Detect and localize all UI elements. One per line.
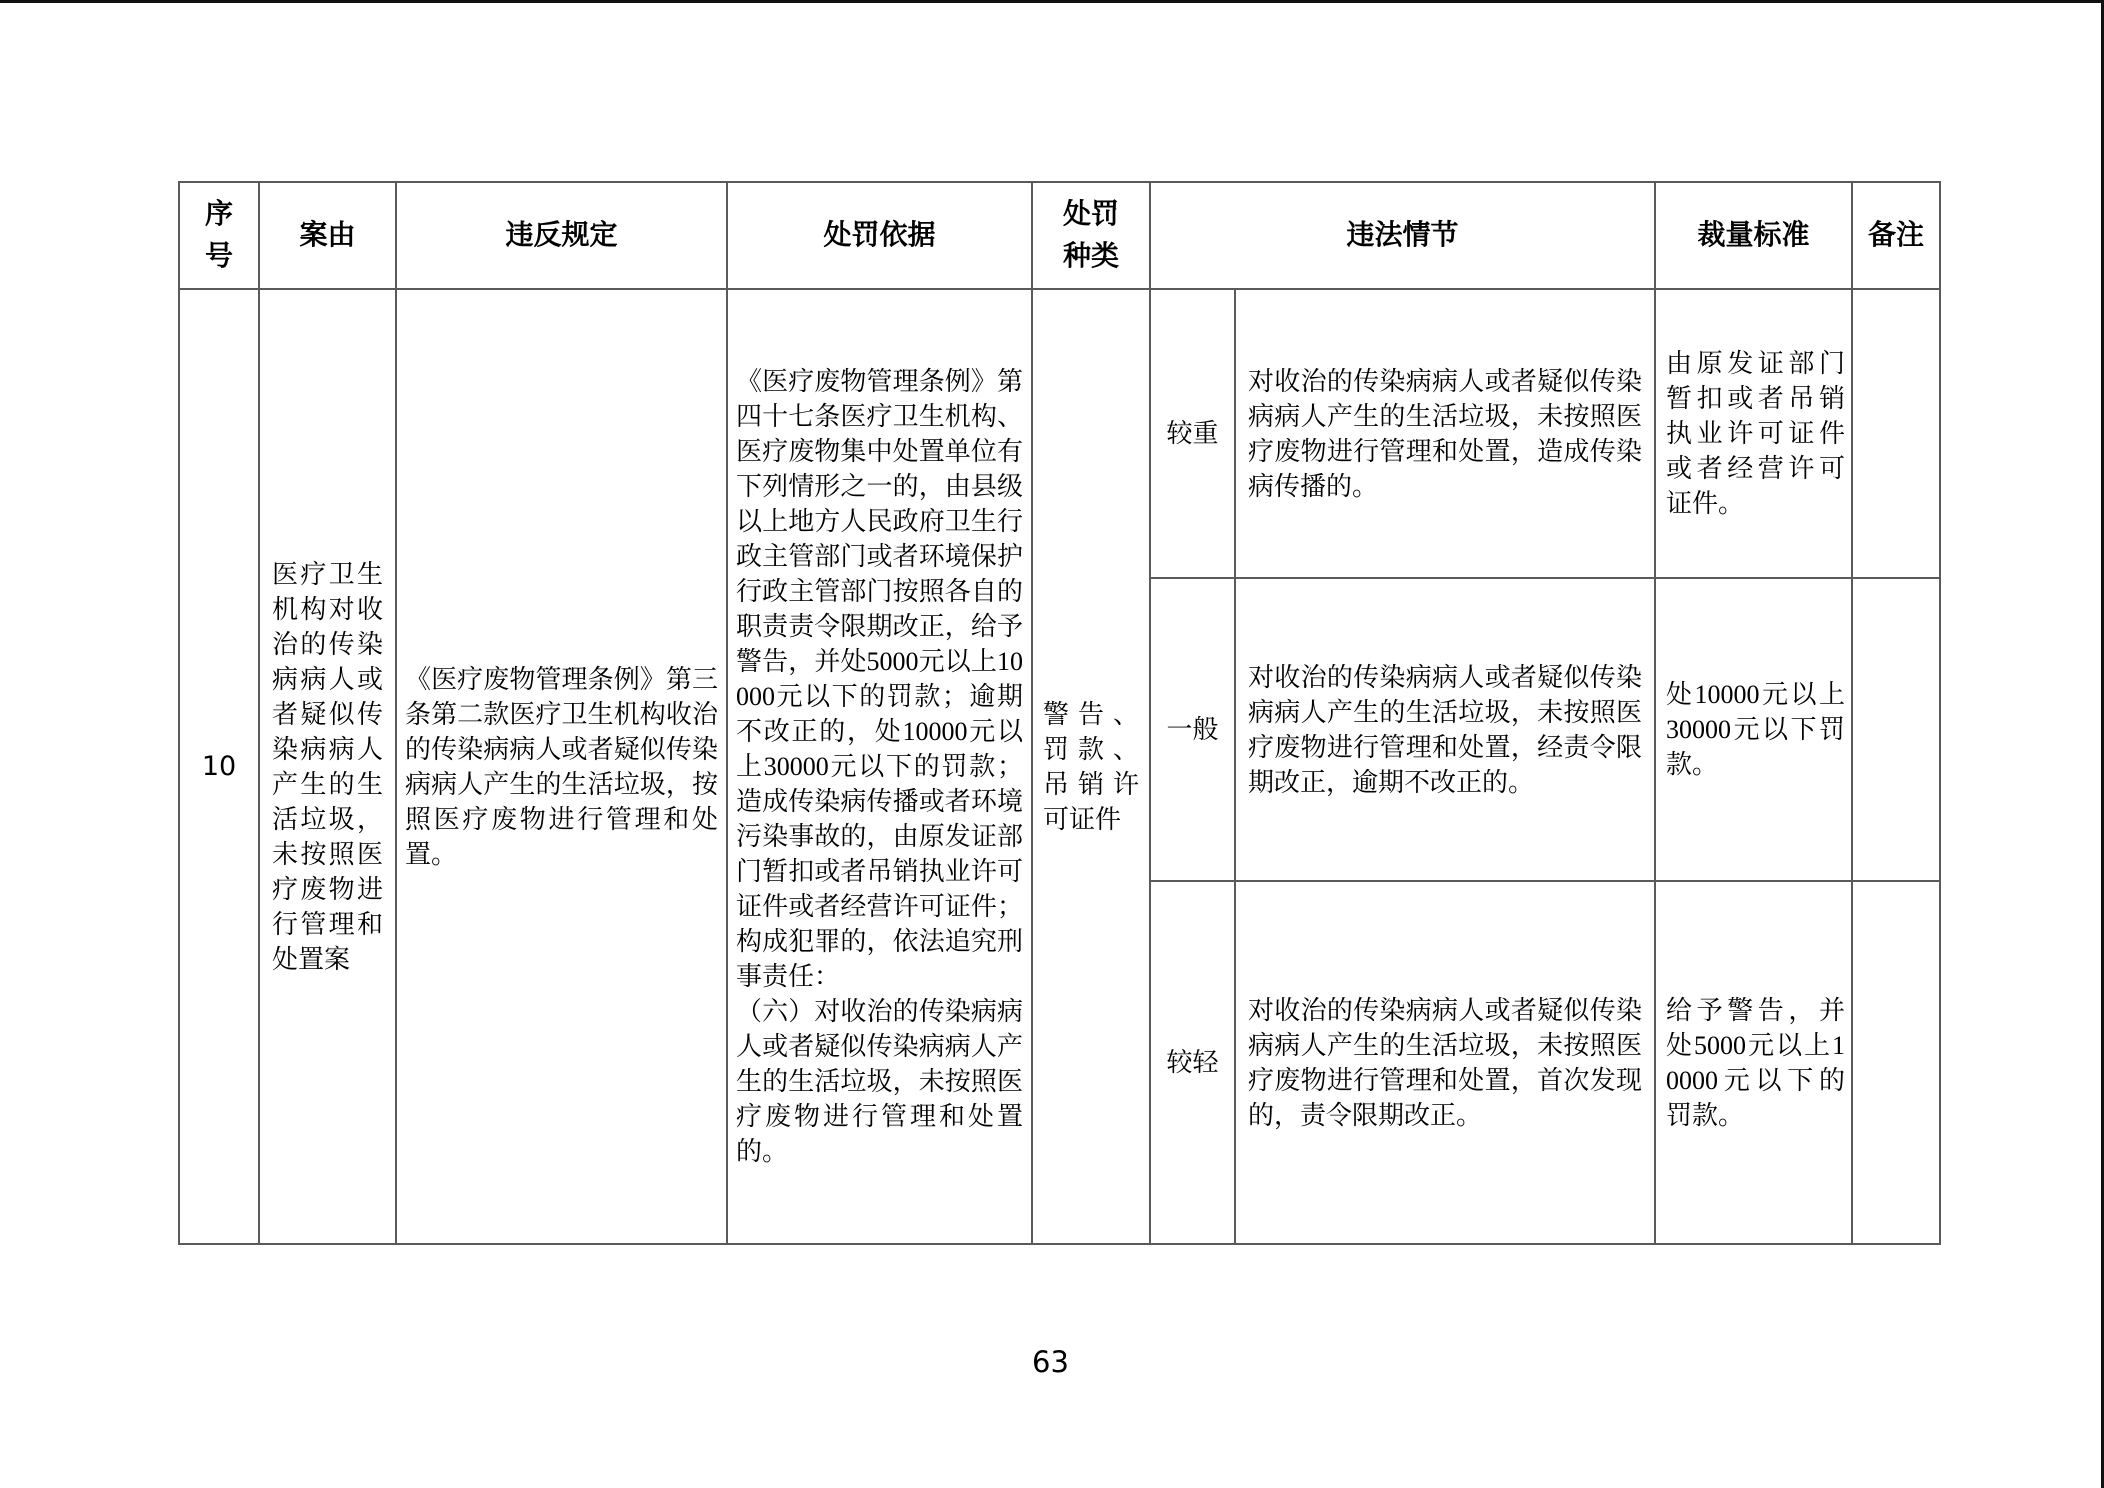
- remark-cell: [1852, 289, 1940, 578]
- penalty-basis-cell: 《医疗废物管理条例》第四十七条医疗卫生机构、医疗废物集中处置单位有下列情形之一的…: [727, 289, 1032, 1244]
- remark-cell: [1852, 578, 1940, 881]
- col-header-standard: 裁量标准: [1655, 182, 1852, 289]
- col-header-remark: 备注: [1852, 182, 1940, 289]
- penalty-basis-paragraph-1: 《医疗废物管理条例》第四十七条医疗卫生机构、医疗废物集中处置单位有下列情形之一的…: [736, 364, 1023, 994]
- severity-cell: 一般: [1150, 578, 1235, 881]
- case-title-cell: 医疗卫生机构对收治的传染病病人或者疑似传染病病人产生的生活垃圾，未按照医疗废物进…: [259, 289, 396, 1244]
- col-header-basis: 处罚依据: [727, 182, 1032, 289]
- circumstance-cell: 对收治的传染病病人或者疑似传染病病人产生的生活垃圾，未按照医疗废物进行管理和处置…: [1235, 881, 1655, 1244]
- standard-cell: 由原发证部门暂扣或者吊销执业许可证件或者经营许可证件。: [1655, 289, 1852, 578]
- page-number: 63: [0, 1345, 2101, 1379]
- circumstance-cell: 对收治的传染病病人或者疑似传染病病人产生的生活垃圾，未按照医疗废物进行管理和处置…: [1235, 289, 1655, 578]
- col-header-case: 案由: [259, 182, 396, 289]
- remark-cell: [1852, 881, 1940, 1244]
- standard-cell: 处10000元以上30000元以下罚款。: [1655, 578, 1852, 881]
- penalty-basis-paragraph-2: （六）对收治的传染病病人或者疑似传染病病人产生的生活垃圾，未按照医疗废物进行管理…: [736, 994, 1023, 1169]
- document-page: 序号 案由 违反规定 处罚依据 处罚种类 违法情节 裁量标准 备注 10 医疗卫…: [0, 0, 2104, 1488]
- circumstance-cell: 对收治的传染病病人或者疑似传染病病人产生的生活垃圾，未按照医疗废物进行管理和处置…: [1235, 578, 1655, 881]
- violated-provision-cell: 《医疗废物管理条例》第三条第二款医疗卫生机构收治的传染病病人或者疑似传染病病人产…: [396, 289, 727, 1244]
- penalty-table: 序号 案由 违反规定 处罚依据 处罚种类 违法情节 裁量标准 备注 10 医疗卫…: [178, 181, 1941, 1245]
- standard-cell: 给予警告，并处5000元以上10000元以下的罚款。: [1655, 881, 1852, 1244]
- severity-cell: 较轻: [1150, 881, 1235, 1244]
- penalty-types-cell: 警告、罚款、吊销许可证件: [1032, 289, 1150, 1244]
- col-header-circumstance: 违法情节: [1150, 182, 1655, 289]
- record-number-cell: 10: [179, 289, 259, 1244]
- col-header-violation: 违反规定: [396, 182, 727, 289]
- severity-cell: 较重: [1150, 289, 1235, 578]
- table-row-severe: 10 医疗卫生机构对收治的传染病病人或者疑似传染病病人产生的生活垃圾，未按照医疗…: [179, 289, 1940, 578]
- col-header-penalty-type: 处罚种类: [1032, 182, 1150, 289]
- table-header-row: 序号 案由 违反规定 处罚依据 处罚种类 违法情节 裁量标准 备注: [179, 182, 1940, 289]
- col-header-no: 序号: [179, 182, 259, 289]
